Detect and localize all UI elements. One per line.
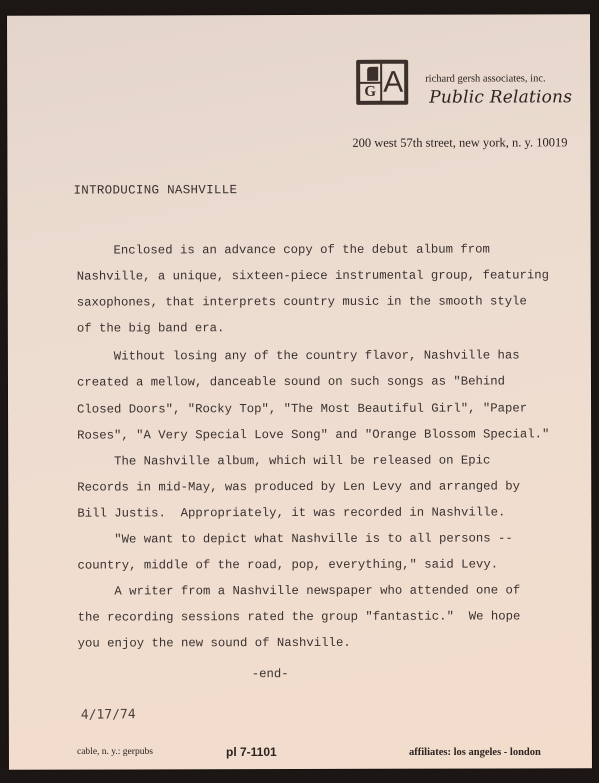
document-title: INTRODUCING NASHVILLE bbox=[73, 183, 237, 197]
text-line: A writer from a Nashville newspaper who … bbox=[77, 578, 557, 605]
rga-logo-icon: G A bbox=[356, 60, 408, 105]
text-line: country, middle of the road, pop, everyt… bbox=[77, 551, 557, 578]
text-line: the recording sessions rated the group "… bbox=[78, 604, 558, 631]
text-line: of the big band era. bbox=[77, 315, 557, 342]
letter-page: G A richard gersh associates, inc. Publi… bbox=[7, 14, 592, 770]
handwritten-date: 4/17/74 bbox=[81, 707, 136, 723]
text-line: Without losing any of the country flavor… bbox=[77, 343, 557, 370]
text-line: The Nashville album, which will be relea… bbox=[77, 447, 557, 474]
text-line: Enclosed is an advance copy of the debut… bbox=[77, 236, 557, 263]
company-name: richard gersh associates, inc. bbox=[425, 73, 545, 84]
tagline: Public Relations bbox=[429, 87, 572, 107]
text-line: Records in mid-May, was produced by Len … bbox=[77, 473, 557, 500]
logo-g-cell: G bbox=[360, 84, 380, 101]
body-text: Enclosed is an advance copy of the debut… bbox=[77, 236, 558, 657]
text-line: created a mellow, danceable sound on suc… bbox=[77, 369, 557, 396]
logo-a-cell: A bbox=[382, 64, 404, 101]
text-line: you enjoy the new sound of Nashville. bbox=[78, 630, 558, 657]
text-line: Nashville, a unique, sixteen-piece instr… bbox=[77, 262, 557, 289]
text-line: "We want to depict what Nashville is to … bbox=[77, 525, 557, 552]
text-line: saxophones, that interprets country musi… bbox=[77, 289, 557, 316]
text-line: Bill Justis. Appropriately, it was recor… bbox=[77, 499, 557, 526]
end-mark: -end- bbox=[252, 667, 289, 681]
text-line: Roses", "A Very Special Love Song" and "… bbox=[77, 421, 557, 448]
footer-cable: cable, n. y.: gerpubs bbox=[77, 747, 153, 757]
logo-r-cell bbox=[360, 64, 380, 82]
footer-phone: pl 7-1101 bbox=[226, 745, 277, 759]
text-line: Closed Doors", "Rocky Top", "The Most Be… bbox=[77, 395, 557, 422]
footer-affiliates: affiliates: los angeles - london bbox=[409, 747, 541, 758]
letterhead: G A richard gersh associates, inc. Publi… bbox=[356, 59, 586, 155]
company-address: 200 west 57th street, new york, n. y. 10… bbox=[352, 135, 567, 151]
